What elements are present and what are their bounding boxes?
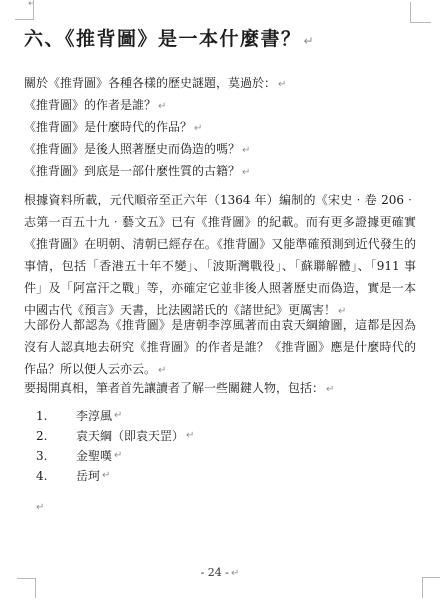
question-line: 《推背圖》到底是一部什麼性質的古籍？↵ (24, 160, 416, 182)
paragraph-main: 根據資料所載，元代順帝至正六年（1364 年）編制的《宋史‧卷 206‧志第一百… (24, 189, 416, 323)
list-item-number: 4. (36, 466, 50, 486)
question-text: 《推背圖》是什麼時代的作品？ (24, 120, 192, 134)
question-text: 《推背圖》到底是一部什麼性質的古籍？ (24, 164, 240, 178)
paragraph-mark-icon: ↵ (276, 79, 286, 90)
paragraph-mark-icon: ↵ (112, 446, 122, 466)
list-item-name: 李淳風 (76, 406, 112, 426)
paragraph-mark-icon: ↵ (240, 167, 250, 178)
key-people-list: 1.李淳風↵ 2.袁天綱（即袁天罡）↵ 3.金聖嘆↵ 4.岳珂↵ (24, 406, 416, 486)
header-paragraph-mark-icon: ↵ (26, 0, 36, 9)
list-item-number: 2. (36, 426, 50, 446)
document-page: ↵ 六、《推背圖》是一本什麼書？↵ 關於《推背圖》各種各樣的歷史謎題，莫過於：↵… (0, 0, 440, 609)
empty-paragraph: ↵ (34, 495, 44, 514)
paragraph-mark-icon: ↵ (156, 101, 166, 112)
paragraph-mark-icon: ↵ (112, 406, 122, 426)
paragraph-main-text: 根據資料所載，元代順帝至正六年（1364 年）編制的《宋史‧卷 206‧志第一百… (24, 193, 416, 317)
page-number: - 24 - (201, 566, 229, 579)
paragraph-mark-icon: ↵ (34, 502, 44, 513)
paragraph-mark-icon: ↵ (324, 384, 334, 395)
question-text: 《推背圖》的作者是誰？ (24, 98, 156, 112)
paragraph-opinion-text: 大部份人都認為《推背圖》是唐朝李淳風著而由袁天綱繪圖，這都是因為沒有人認真地去研… (24, 318, 416, 376)
list-item-name: 金聖嘆 (76, 446, 112, 466)
list-item: 2.袁天綱（即袁天罡）↵ (24, 426, 416, 446)
list-item-name: 岳珂 (76, 466, 100, 486)
question-line: 《推背圖》是什麼時代的作品？↵ (24, 116, 416, 138)
page-title-text: 六、《推背圖》是一本什麼書？ (24, 28, 302, 50)
paragraph-opinion: 大部份人都認為《推背圖》是唐朝李淳風著而由袁天綱繪圖，這都是因為沒有人認真地去研… (24, 314, 416, 382)
list-item: 1.李淳風↵ (24, 406, 416, 426)
list-item: 4.岳珂↵ (24, 466, 416, 486)
paragraph-mark-icon: ↵ (156, 365, 166, 376)
question-text: 《推背圖》是後人照著歷史而偽造的嗎？ (24, 142, 240, 156)
paragraph-mark-icon: ↵ (229, 568, 239, 579)
question-line: 《推背圖》是後人照著歷史而偽造的嗎？↵ (24, 138, 416, 160)
crop-mark-top-right (410, 2, 431, 23)
question-line: 《推背圖》的作者是誰？↵ (24, 94, 416, 116)
paragraph-mark-icon: ↵ (240, 145, 250, 156)
paragraph-reveal-text: 要揭開真相，筆者首先讓讀者了解一些關鍵人物，包括： (24, 381, 324, 395)
page-title: 六、《推背圖》是一本什麼書？↵ (24, 26, 416, 54)
paragraph-mark-icon: ↵ (302, 34, 316, 48)
paragraph-mark-icon: ↵ (184, 426, 194, 446)
paragraph-reveal: 要揭開真相，筆者首先讓讀者了解一些關鍵人物，包括：↵ (24, 377, 416, 401)
list-item-number: 1. (36, 406, 50, 426)
list-item-number: 3. (36, 446, 50, 466)
paragraph-mark-icon: ↵ (100, 466, 110, 486)
paragraph-intro: 關於《推背圖》各種各樣的歷史謎題，莫過於：↵ (24, 72, 416, 96)
question-list: 《推背圖》的作者是誰？↵ 《推背圖》是什麼時代的作品？↵ 《推背圖》是後人照著歷… (24, 94, 416, 182)
list-item: 3.金聖嘆↵ (24, 446, 416, 466)
list-item-name: 袁天綱（即袁天罡） (76, 426, 184, 446)
crop-mark-bottom-right (422, 577, 440, 598)
crop-mark-bottom-left (17, 578, 36, 598)
paragraph-mark-icon: ↵ (192, 123, 202, 134)
page-footer: - 24 -↵ (0, 566, 440, 579)
paragraph-intro-text: 關於《推背圖》各種各樣的歷史謎題，莫過於： (24, 76, 276, 90)
